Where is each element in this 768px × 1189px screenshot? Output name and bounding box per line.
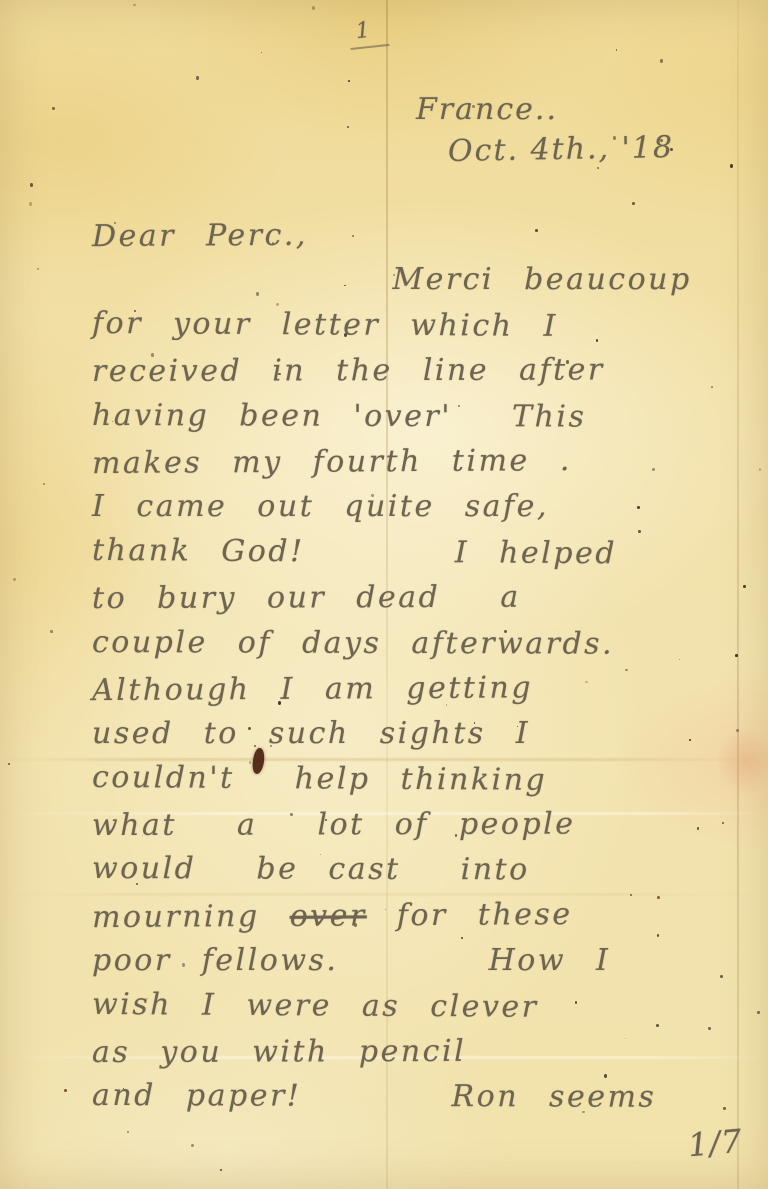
paper-speck (660, 59, 663, 63)
paper-speck (347, 126, 349, 128)
paper-speck (196, 76, 199, 80)
paper-speck (50, 630, 53, 633)
letter-line: thank God! I helped (92, 528, 752, 578)
letter-line: for your letter which I (92, 301, 752, 351)
paper-speck (127, 1131, 129, 1133)
paper-speck (616, 49, 617, 51)
paper-speck (261, 52, 262, 53)
letter-line: used to such sights I (92, 711, 752, 756)
paper-speck (632, 202, 635, 205)
paper-speck (43, 483, 45, 485)
paper-speck (8, 763, 10, 765)
paper-speck (30, 183, 33, 187)
paper-speck (348, 80, 350, 82)
letter-page: 1 France.. Oct. 4th., '18 Dear Perc., Me… (0, 0, 768, 1189)
letter-line: I came out quite safe, (92, 484, 752, 529)
paper-speck (29, 202, 32, 206)
paper-speck (191, 1144, 194, 1147)
letter-location: France.. (416, 92, 674, 127)
letter-line: Although I am getting (92, 664, 752, 714)
paper-speck (757, 1011, 760, 1014)
letter-header: France.. Oct. 4th., '18 (416, 92, 674, 167)
paper-speck (312, 6, 315, 10)
letter-line: wish I were as clever (92, 982, 752, 1032)
letter-line: having been 'over' This (92, 393, 752, 440)
letter-line: what a lot of people (92, 801, 752, 848)
letter-line: poor fellows. How I (92, 938, 752, 983)
letter-line: received in the line after (92, 347, 752, 394)
page-marker: 1/7 (686, 1122, 744, 1165)
letter-line: Dear Perc., (92, 210, 752, 260)
letter-line: couple of days afterwards. (92, 619, 752, 666)
letter-body: Dear Perc., Merci beaucoupfor your lette… (92, 212, 752, 1120)
paper-speck (37, 268, 39, 270)
paper-speck (64, 1089, 67, 1092)
letter-line: makes my fourth time . (92, 437, 752, 487)
page-number: 1 (348, 16, 390, 50)
paper-speck (220, 1169, 222, 1171)
letter-date: Oct. 4th., '18 (448, 130, 675, 169)
crossed-out-word: over (290, 898, 367, 933)
letter-line: mourning over for these (92, 891, 752, 941)
paper-speck (13, 578, 16, 581)
paper-speck (133, 4, 136, 6)
letter-line: as you with pencil (92, 1028, 752, 1075)
paper-speck (730, 164, 733, 168)
letter-line: couldn't help thinking (92, 755, 752, 805)
paper-speck (597, 167, 599, 169)
letter-line: would be cast into (92, 846, 752, 893)
letter-line: to bury our dead a (92, 574, 752, 621)
paper-speck (52, 107, 55, 110)
letter-line: Merci beaucoup (92, 257, 752, 302)
paper-speck (759, 468, 761, 471)
letter-line: and paper! Ron seems (92, 1073, 752, 1120)
